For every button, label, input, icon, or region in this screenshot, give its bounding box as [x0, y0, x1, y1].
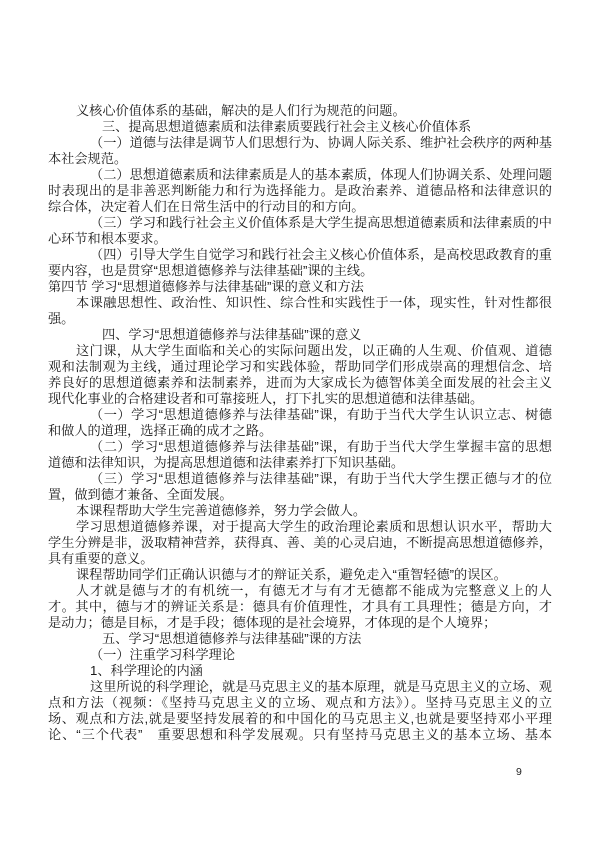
document-page: 义核心价值体系的基础，解决的是人们行为规范的问题。三、提高思想道德素质和法律素质…	[0, 0, 600, 849]
text-line: 才。其中，德与才的辨证关系是：德具有价值理性，才具有工具理性；德是方向，才	[48, 599, 552, 615]
text-line: （二）学习“思想道德修养与法律基础”课，有助于当代大学生掌握丰富的思想	[48, 439, 552, 455]
text-line: 学习思想道德修养课，对于提高大学生的政治理论素质和思想认识水平，帮助大	[48, 519, 552, 535]
text-line: 是动力；德是目标，才是手段；德体现的是社会境界，才体现的是个人境界；	[48, 615, 552, 631]
text-line: 五、学习“思想道德修养与法律基础”课的方法	[48, 631, 552, 647]
text-line: 本课融思想性、政治性、知识性、综合性和实践性于一体，现实性，针对性都很	[48, 295, 552, 311]
text-line: 学生分辨是非，汲取精神营养，获得真、善、美的心灵启迪，不断提高思想道德修养，	[48, 535, 552, 551]
text-line: 本社会规范。	[48, 151, 552, 167]
text-line: 课程帮助同学们正确认识德与才的辩证关系，避免走入“重智轻德”的误区。	[48, 567, 552, 583]
text-line: 道德和法律知识，为提高思想道德和法律素养打下知识基础。	[48, 455, 552, 471]
text-line: 这里所说的科学理论，就是马克思主义的基本原理，就是马克思主义的立场、观	[48, 679, 552, 695]
text-line: 具有重要的意义。	[48, 551, 552, 567]
text-line: 四、学习“思想道德修养与法律基础”课的意义	[48, 327, 552, 343]
text-line: 置，做到德才兼备、全面发展。	[48, 487, 552, 503]
text-line: 心环节和根本要求。	[48, 231, 552, 247]
page-number: 9	[516, 766, 522, 778]
text-line: （二）思想道德素质和法律素质是人的基本素质，体现人们协调关系、处理问题	[48, 167, 552, 183]
text-line: 观和法制观为主线，通过理论学习和实践体验，帮助同学们形成崇高的理想信念、培	[48, 359, 552, 375]
text-line: 要内容，也是贯穿“思想道德修养与法律基础”课的主线。	[48, 263, 552, 279]
text-line: （四）引导大学生自觉学习和践行社会主义核心价值体系，是高校思政教育的重	[48, 247, 552, 263]
text-line: 强。	[48, 311, 552, 327]
text-line: 养良好的思想道德素养和法制素养，进而为大家成长为德智体美全面发展的社会主义	[48, 375, 552, 391]
text-line: 这门课，从大学生面临和关心的实际问题出发，以正确的人生观、价值观、道德	[48, 343, 552, 359]
text-line: 场、观点和方法,就是要坚持发展着的和中国化的马克思主义,也就是要坚持邓小平理	[48, 711, 552, 727]
text-line: 三、提高思想道德素质和法律素质要践行社会主义核心价值体系	[48, 119, 552, 135]
text-line: 义核心价值体系的基础，解决的是人们行为规范的问题。	[48, 103, 552, 119]
text-line: 和做人的道理，选择正确的成才之路。	[48, 423, 552, 439]
text-line: 时表现出的是非善恶判断能力和行为选择能力。是政治素养、道德品格和法律意识的	[48, 183, 552, 199]
text-line: （一）道德与法律是调节人们思想行为、协调人际关系、维护社会秩序的两种基	[48, 135, 552, 151]
text-line: （一）注重学习科学理论	[48, 647, 552, 663]
text-line: 现代化事业的合格建设者和可靠接班人，打下扎实的思想道德和法律基础。	[48, 391, 552, 407]
text-line: （三）学习“思想道德修养与法律基础”课，有助于当代大学生摆正德与才的位	[48, 471, 552, 487]
page-body: 义核心价值体系的基础，解决的是人们行为规范的问题。三、提高思想道德素质和法律素质…	[48, 103, 552, 743]
text-line: 第四节 学习“思想道德修养与法律基础”课的意义和方法	[48, 279, 552, 295]
text-line: （一）学习“思想道德修养与法律基础”课，有助于当代大学生认识立志、树德	[48, 407, 552, 423]
text-line: 论、“三个代表” 重要思想和科学发展观。只有坚持马克思主义的基本立场、基本	[48, 727, 552, 743]
text-line: 综合体，决定着人们在日常生活中的行动目的和方向。	[48, 199, 552, 215]
text-line: 1、科学理论的内涵	[48, 663, 552, 679]
text-line: 本课程帮助大学生完善道德修养，努力学会做人。	[48, 503, 552, 519]
text-line: 人才就是德与才的有机统一，有德无才与有才无德都不能成为完整意义上的人	[48, 583, 552, 599]
text-line: （三）学习和践行社会主义价值体系是大学生提高思想道德素质和法律素质的中	[48, 215, 552, 231]
text-line: 点和方法（视频：《坚持马克思主义的立场、观点和方法》）。坚持马克思主义的立	[48, 695, 552, 711]
